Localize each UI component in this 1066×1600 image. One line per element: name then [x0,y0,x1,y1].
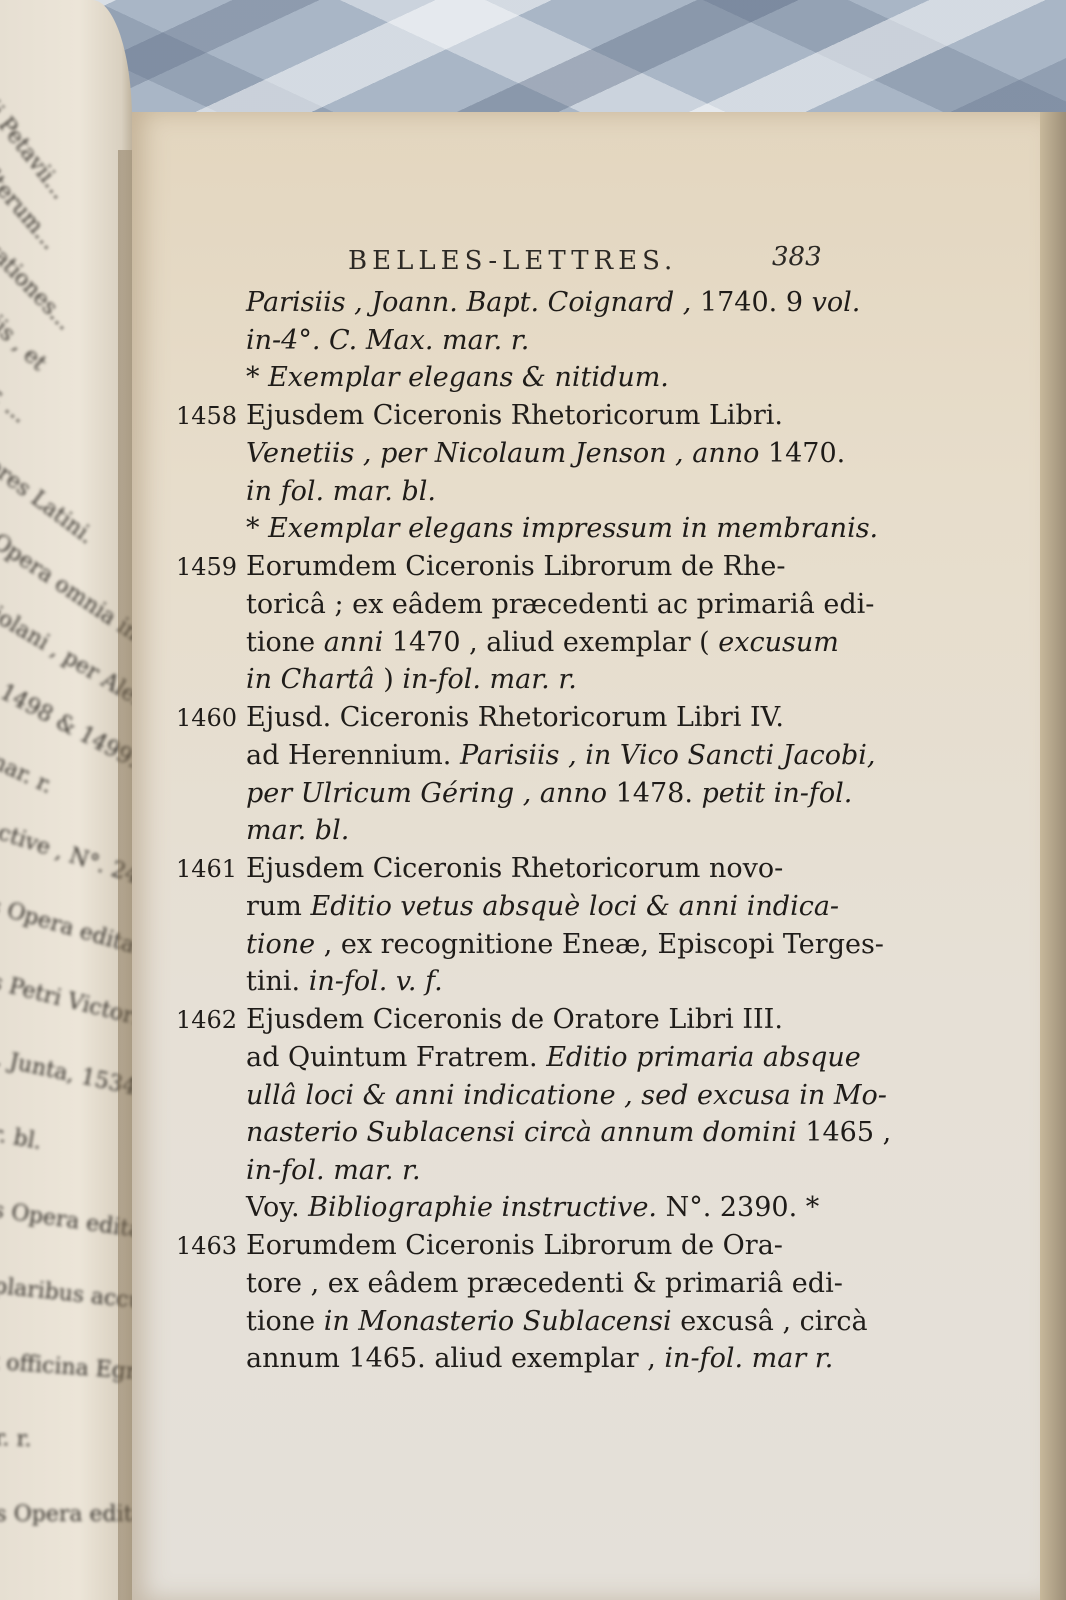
entry-line: * Exemplar elegans & nitidum. [192,359,852,397]
left-page-text-fragment: ...Ant. Junta, 1534-1537 [0,1034,132,1114]
catalogue-entry: Parisiis , Joann. Bapt. Coignard , 1740.… [192,284,852,397]
roman-text: tione [246,1306,324,1337]
left-page-text-fragment: ...structive , N°. 2454. [0,800,132,900]
italic-text: in Chartâ [246,664,375,695]
entry-line: in Chartâ ) in-fol. mar. r. [192,661,852,699]
catalogue-entry: 1463Eorumdem Ciceronis Librorum de Ora-t… [192,1227,852,1378]
entry-number: 1459 [176,549,246,587]
entry-line: nasterio Sublacensi circà annum domini 1… [192,1114,852,1152]
italic-text: Editio primaria absque [546,1042,861,1073]
right-page: BELLES-LETTRES. 383 Parisiis , Joann. Ba… [132,112,1044,1600]
entry-line: 1461Ejusdem Ciceronis Rhetoricorum novo- [176,850,852,889]
entry-line: tione in Monasterio Sublacensi excusâ , … [192,1303,852,1341]
roman-text: tore , ex eâdem præcedenti & primariâ ed… [246,1268,843,1299]
italic-text: * Exemplar elegans impressum in membrani… [246,513,878,544]
entry-line: ad Quintum Fratrem. Editio primaria absq… [192,1039,852,1077]
italic-text: mar. bl. [246,815,349,846]
italic-text: * Exemplar elegans & nitidum. [246,362,669,393]
left-page-text-fragment: ...onis Opera edita al- [0,878,132,968]
entry-line: ullâ loci & anni indicatione , sed excus… [192,1077,852,1115]
entry-number: 1461 [176,851,246,889]
roman-text: toricâ ; ex eâdem præcedenti ac primariâ… [246,589,874,620]
left-page-text-fragment: ...emplaribus accuratius [0,1268,132,1321]
roman-text: 1478. [616,778,702,809]
italic-text: Parisiis , Joann. Bapt. Coignard , [246,287,700,318]
left-page-text-fragment: ...onis Opera edita al- [0,1190,132,1248]
entry-line: toricâ ; ex eâdem præcedenti ac primariâ… [192,586,852,624]
italic-text: Bibliographie instructive. [308,1192,657,1223]
italic-text: Editio vetus absquè loci & anni indica- [310,891,839,922]
italic-text: tione [246,929,315,960]
page-number: 383 [772,242,822,272]
entry-number: 1462 [176,1002,246,1040]
catalogue-entry: 1458Ejusdem Ciceronis Rhetoricorum Libri… [192,397,852,548]
entry-line: per Ulricum Géring , anno 1478. petit in… [192,775,852,813]
roman-text: 1740. 9 [700,287,812,318]
entry-line: * Exemplar elegans impressum in membrani… [192,510,852,548]
entry-line: 1460Ejusd. Ciceronis Rhetoricorum Libri … [176,699,852,738]
italic-text: in-fol. mar r. [664,1343,833,1374]
left-page-text-fragment: ...ibus Petri Victorii, Pe- [0,956,132,1044]
roman-text: tione [246,627,324,658]
italic-text: Venetiis , per Nicolaum Jenson , anno [246,438,768,469]
roman-text: 1470 , aliud exemplar ( [383,627,718,658]
left-page-text-fragment: ...M. mar. r. [0,722,57,799]
catalogue-entry: 1461Ejusdem Ciceronis Rhetoricorum novo-… [192,850,852,1001]
entry-line: in-fol. mar. r. [192,1152,852,1190]
roman-text: tini. [246,966,309,997]
entry-line: 1463Eorumdem Ciceronis Librorum de Ora- [176,1227,852,1266]
roman-text: Ejusd. Ciceronis Rhetoricorum Libri IV. [246,702,784,733]
italic-text: in-4°. C. Max. mar. r. [246,325,529,356]
catalogue-entries: Parisiis , Joann. Bapt. Coignard , 1740.… [192,284,852,1378]
entry-line: 1459Eorumdem Ciceronis Librorum de Rhe- [176,548,852,587]
entry-line: tore , ex eâdem præcedenti & primariâ ed… [192,1265,852,1303]
roman-text: ad Quintum Fratrem. [246,1042,546,1073]
entry-number: 1460 [176,700,246,738]
left-page-text-fragment: ...Oratores Latini. [0,410,98,549]
italic-text: in-fol. mar. r. [246,1155,421,1186]
entry-line: rum Editio vetus absquè loci & anni indi… [192,888,852,926]
italic-text: excusum [718,627,839,658]
left-page-text-fragment: ...Dionysii Petavii... [0,20,72,204]
roman-text: Eorumdem Ciceronis Librorum de Ora- [246,1230,783,1261]
roman-text: Ejusdem Ciceronis Rhetoricorum novo- [246,853,783,884]
italic-text: in-fol. mar. r. [402,664,577,695]
entry-line: Venetiis , per Nicolaum Jenson , anno 14… [192,435,852,473]
italic-text: per Ulricum Géring , anno [246,778,616,809]
entry-line: in fol. mar. bl. [192,473,852,511]
left-page: ...Dionysii Petavii......nota alterum...… [0,0,132,1600]
roman-text: Ejusdem Ciceronis Rhetoricorum Libri. [246,400,783,431]
entry-line: Parisiis , Joann. Bapt. Coignard , 1740.… [192,284,852,322]
roman-text: annum 1465. aliud exemplar , [246,1343,664,1374]
italic-text: anni [324,627,384,658]
left-page-text-fragment: ...mar. bl. [0,1112,44,1155]
entry-line: tione , ex recognitione Eneæ, Episcopi T… [192,926,852,964]
entry-line: mar. bl. [192,812,852,850]
roman-text: Eorumdem Ciceronis Librorum de Rhe- [246,551,786,582]
page-edge [1040,112,1066,1600]
entry-line: 1462Ejusdem Ciceronis de Oratore Libri I… [176,1001,852,1040]
roman-text: N°. 2390. * [657,1192,819,1223]
roman-text: Voy. [246,1192,308,1223]
entry-number: 1458 [176,398,246,436]
catalogue-entry: 1459Eorumdem Ciceronis Librorum de Rhe-t… [192,548,852,699]
entry-line: 1458Ejusdem Ciceronis Rhetoricorum Libri… [176,397,852,436]
catalogue-entry: 1462Ejusdem Ciceronis de Oratore Libri I… [192,1001,852,1227]
roman-text: , ex recognitione Eneæ, Episcopi Terges- [315,929,884,960]
page-header: BELLES-LETTRES. 383 [132,242,1044,282]
entry-line: tini. in-fol. v. f. [192,963,852,1001]
entry-line: ad Herennium. Parisiis , in Vico Sancti … [192,737,852,775]
roman-text: 1465 , [805,1117,891,1148]
italic-text: in fol. mar. bl. [246,476,436,507]
left-page-text-fragment: ..., ex officina Egnatii, [0,1346,132,1388]
roman-text: ad Herennium. [246,740,460,771]
entry-line: annum 1465. aliud exemplar , in-fol. mar… [192,1340,852,1378]
roman-text: excusâ , circà [672,1306,868,1337]
roman-text: 1470. [768,438,845,469]
entry-line: tione anni 1470 , aliud exemplar ( excus… [192,624,852,662]
entry-line: in-4°. C. Max. mar. r. [192,322,852,360]
running-head: BELLES-LETTRES. [348,246,677,276]
italic-text: petit in-fol. [702,778,853,809]
italic-text: ullâ loci & anni indicatione , sed excus… [246,1080,887,1111]
catalogue-entry: 1460Ejusd. Ciceronis Rhetoricorum Libri … [192,699,852,850]
entry-line: Voy. Bibliographie instructive. N°. 2390… [192,1189,852,1227]
italic-text: in Monasterio Sublacensi [324,1306,672,1337]
italic-text: Parisiis , in Vico Sancti Jacobi, [460,740,876,771]
entry-number: 1463 [176,1228,246,1266]
roman-text: ) [375,664,403,695]
left-page-text-fragment: ...mar. r. [0,1424,32,1452]
italic-text: vol. [812,287,861,318]
roman-text: rum [246,891,310,922]
italic-text: nasterio Sublacensi circà annum domini [246,1117,805,1148]
roman-text: Ejusdem Ciceronis de Oratore Libri III. [246,1004,783,1035]
italic-text: in-fol. v. f. [309,966,443,997]
left-page-text-fragment: ...onis Opera edita al- [0,1502,132,1527]
